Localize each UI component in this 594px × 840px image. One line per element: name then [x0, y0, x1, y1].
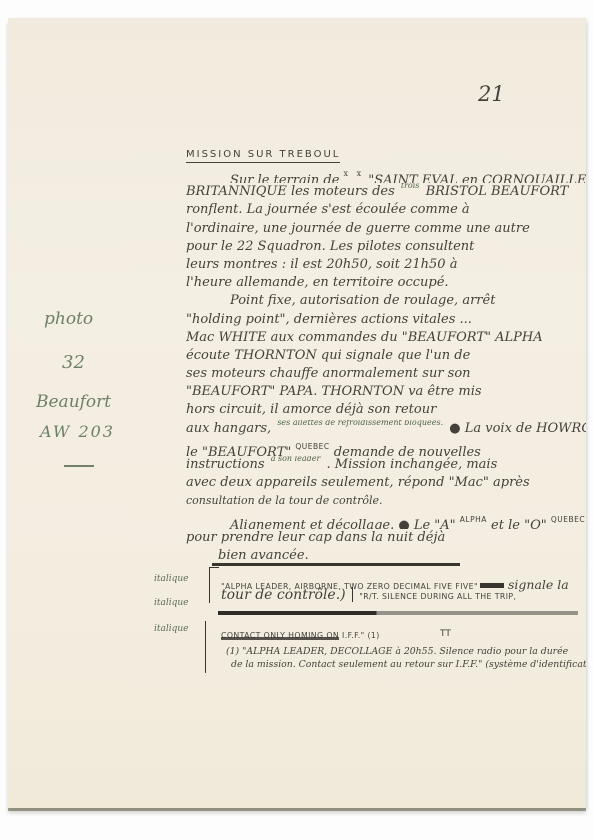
handwritten-line: l'ordinaire, une journée de guerre comme… [186, 220, 586, 238]
interline-insertion: ses ailettes de refroidissement bloquées… [277, 420, 443, 432]
handwritten-line: pour prendre leur cap dans la nuit déjà [186, 529, 586, 547]
handwritten-line: consultation de la tour de contrôle. [186, 492, 586, 510]
line-segment: demande de nouvelles [334, 445, 481, 456]
handwritten-line: instructions à son leader . Mission inch… [186, 456, 586, 474]
margin-photo-note-line: Beaufort [36, 392, 111, 412]
handwritten-line: hors circuit, il amorce déjà son retour [186, 401, 586, 419]
handwritten-line: "holding point", dernières actions vital… [186, 311, 586, 329]
line-segment: . Mission inchangée, mais [327, 457, 498, 472]
strikethrough-scribble [218, 611, 578, 615]
callsign-superscript: ALPHA [460, 515, 487, 524]
handwritten-line: Sur le terrain de x x "SAINT EVAL en COR… [186, 165, 586, 183]
strikethrough-scribble [221, 637, 339, 640]
footnote-line: (1) "ALPHA LEADER, DECOLLAGE à 20h55. Si… [226, 646, 568, 657]
radio-callout-text: "R/T. SILENCE DURING ALL THE TRIP, [359, 592, 516, 601]
italique-label: italique [154, 574, 189, 584]
handwritten-line: l'heure allemande, en territoire occupé. [186, 274, 586, 292]
margin-photo-note-line: 32 [62, 352, 85, 373]
handwritten-line: leurs montres : il est 20h50, soit 21h50… [186, 256, 586, 274]
handwritten-line: avec deux appareils seulement, répond "M… [186, 474, 586, 492]
line-segment: Alignement et décollage. ● Le "A" [230, 518, 456, 529]
page-background: 21 MISSION SUR TREBOUL photo 32 Beaufort… [0, 0, 594, 840]
handwritten-line: aux hangars, ses ailettes de refroidisse… [186, 420, 586, 438]
line-segment: "SAINT EVAL en CORNOUAILLE [368, 173, 586, 183]
handwritten-line: pour le 22 Squadron. Les pilotes consult… [186, 238, 586, 256]
line-segment: aux hangars, [186, 421, 271, 436]
manuscript-body: Sur le terrain de x x "SAINT EVAL en COR… [186, 165, 586, 565]
interline-insertion: à son leader [271, 456, 321, 468]
handwritten-line: Alignement et décollage. ● Le "A" ALPHA … [186, 511, 586, 529]
stray-marks: TT [440, 629, 451, 639]
line-segment: tour de contrôle.) [221, 587, 346, 603]
handwritten-line: le "BEAUFORT" QUEBEC demande de nouvelle… [186, 438, 586, 456]
line-segment: et le "Q" [491, 518, 547, 529]
handwritten-line: "BEAUFORT" PAPA. THORNTON va être mis [186, 383, 586, 401]
margin-photo-note-line: photo [44, 309, 93, 329]
line-segment: signale la [508, 577, 569, 592]
line-segment: Sur le terrain de [230, 173, 339, 183]
italique-label: italique [154, 624, 189, 634]
interline-insertion: trois [401, 183, 420, 195]
line-segment: instructions [186, 457, 265, 472]
handwritten-line: Point fixe, autorisation de roulage, arr… [186, 292, 586, 310]
line-segment: le "BEAUFORT" [186, 445, 291, 456]
handwritten-line: écoute THORNTON qui signale que l'un de [186, 347, 586, 365]
handwritten-line: BRITANNIQUE les moteurs des trois BRISTO… [186, 183, 586, 201]
italique-label: italique [154, 598, 189, 608]
footnote-line: de la mission. Contact seulement au reto… [231, 659, 586, 670]
callsign-superscript: QUEBEC [551, 515, 585, 524]
line-segment: ● La voix de HOWROYD, sur [449, 421, 586, 436]
photo-note-underline-stroke [64, 465, 94, 467]
callsign-superscript: QUEBEC [295, 442, 329, 451]
page-number: 21 [478, 82, 505, 106]
bracket-stroke [205, 621, 214, 673]
handwritten-line: Mac WHITE aux commandes du "BEAUFORT" AL… [186, 329, 586, 347]
vertical-divider [352, 587, 354, 602]
bracket-stroke [209, 567, 219, 603]
underline-stroke [212, 563, 460, 566]
editing-marks: x x [344, 169, 365, 178]
line-segment: BRITANNIQUE les moteurs des [186, 184, 395, 199]
handwritten-line: ronflent. La journée s'est écoulée comme… [186, 201, 586, 219]
radio-message-line: tour de contrôle.)"R/T. SILENCE DURING A… [221, 584, 516, 603]
section-heading: MISSION SUR TREBOUL [186, 149, 340, 163]
handwritten-line: ses moteurs chauffe anormalement sur son [186, 365, 586, 383]
line-segment: BRISTOL BEAUFORT [426, 184, 569, 199]
manuscript-paper: 21 MISSION SUR TREBOUL photo 32 Beaufort… [8, 18, 586, 808]
margin-photo-note-line: AW 203 [40, 422, 115, 441]
